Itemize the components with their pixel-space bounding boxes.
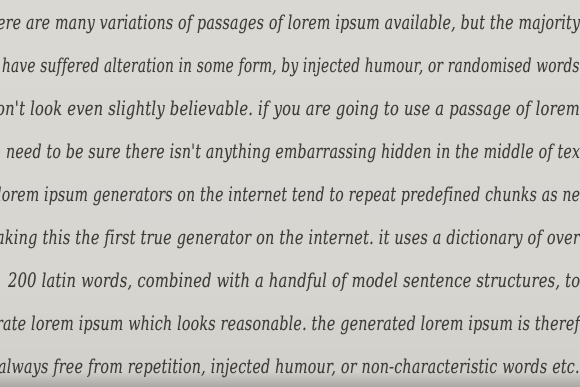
- specimen-line-8: rate lorem ipsum which looks reasonable.…: [0, 301, 580, 344]
- specimen-line-3: on't look even slightly believable. if y…: [0, 86, 580, 129]
- specimen-line-6: aking this the first true generator on t…: [0, 215, 580, 258]
- specimen-line-text: always free from repetition, injected hu…: [0, 354, 580, 378]
- specimen-line-text: need to be sure there isn't anything emb…: [6, 139, 580, 163]
- specimen-line-text: ere are many variations of passages of l…: [0, 10, 580, 34]
- specimen-line-1: ere are many variations of passages of l…: [0, 0, 580, 43]
- specimen-line-9: always free from repetition, injected hu…: [0, 344, 580, 387]
- specimen-line-7: 200 latin words, combined with a handful…: [8, 258, 580, 301]
- specimen-line-4: need to be sure there isn't anything emb…: [6, 129, 580, 172]
- specimen-line-2: have suffered alteration in some form, b…: [2, 43, 580, 86]
- specimen-line-text: lorem ipsum generators on the internet t…: [0, 182, 580, 206]
- specimen-line-text: 200 latin words, combined with a handful…: [8, 268, 580, 292]
- specimen-line-text: have suffered alteration in some form, b…: [2, 53, 580, 77]
- specimen-line-text: aking this the first true generator on t…: [0, 225, 580, 249]
- font-specimen-canvas: ere are many variations of passages of l…: [0, 0, 580, 387]
- specimen-line-5: lorem ipsum generators on the internet t…: [0, 172, 580, 215]
- specimen-line-text: on't look even slightly believable. if y…: [0, 96, 580, 120]
- specimen-line-text: rate lorem ipsum which looks reasonable.…: [0, 311, 580, 335]
